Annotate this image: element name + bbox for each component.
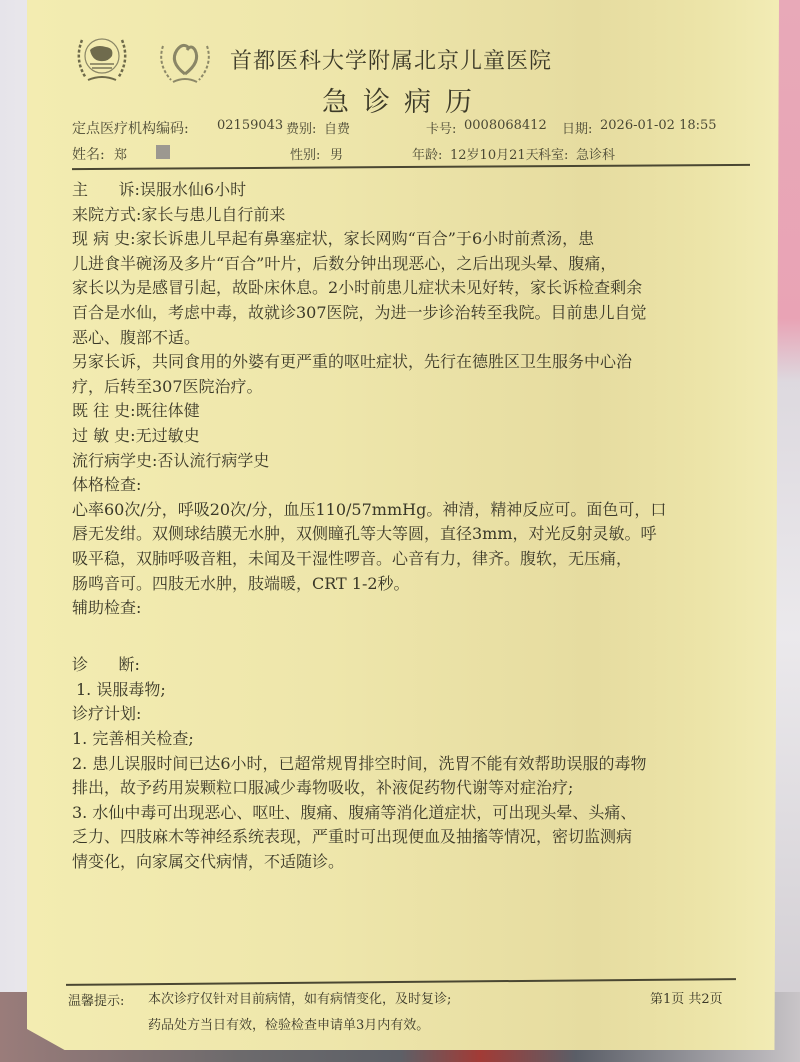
past-history-value: 既往体健 xyxy=(136,401,200,420)
gender-label: 性别: xyxy=(290,144,320,163)
physical-exam-line: 心率60次/分，呼吸20次/分，血压110/57mmHg。神清，精神反应可。面色… xyxy=(72,498,762,523)
department: 急诊科 xyxy=(576,144,615,163)
physical-exam-line: 唇无发绀。双侧球结膜无水肿，双侧瞳孔等大等圆，直径3mm，对光反射灵敏。呼 xyxy=(72,522,762,547)
visit-date: 2026-01-02 18:55 xyxy=(600,118,717,133)
hpi-line: 疗，后转至307医院治疗。 xyxy=(72,375,762,400)
arrival-mode-value: 家长与患儿自行前来 xyxy=(141,205,285,224)
allergy-value: 无过敏史 xyxy=(136,426,200,445)
tip-label: 温馨提示: xyxy=(68,990,124,1009)
plan-line: 1. 完善相关检查; xyxy=(72,727,762,752)
chief-complaint-value: 误服水仙6小时 xyxy=(140,180,246,199)
plan-line: 情变化，向家属交代病情，不适随诊。 xyxy=(72,850,762,875)
gender: 男 xyxy=(330,144,343,163)
allergy-label: 过 敏 史: xyxy=(72,426,136,445)
name-redaction xyxy=(156,144,170,159)
hospital-name: 首都医科大学附属北京儿童医院 xyxy=(230,44,552,75)
fee-type: 自费 xyxy=(324,118,350,137)
chief-complaint: 主 诉:误服水仙6小时 xyxy=(72,178,762,203)
hpi-line: 另家长诉，共同食用的外婆有更严重的呕吐症状，先行在德胜区卫生服务中心治 xyxy=(72,350,762,375)
institution-code-label: 定点医疗机构编码: xyxy=(72,118,189,138)
card-no: 0008068412 xyxy=(464,118,547,133)
hpi-line: 百合是水仙，考虑中毒，故就诊307医院，为进一步诊治转至我院。目前患儿自觉 xyxy=(72,301,762,326)
document-title: 急诊病历 xyxy=(322,80,486,119)
epidemiology-label: 流行病学史: xyxy=(72,451,157,470)
page-number: 第1页 共2页 xyxy=(650,988,723,1007)
plan-label: 诊疗计划: xyxy=(72,702,762,727)
aux-exam-label: 辅助检查: xyxy=(72,596,762,621)
tip-line-1: 本次诊疗仅针对目前病情，如有病情变化，及时复诊; xyxy=(148,988,451,1007)
hpi-line: 现 病 史:家长诉患儿早起有鼻塞症状，家长网购“百合”于6小时前煮汤，患 xyxy=(72,227,762,252)
chief-complaint-label: 主 诉: xyxy=(72,180,140,199)
institution-code: 02159043 xyxy=(217,118,283,133)
arrival-mode: 来院方式:家长与患儿自行前来 xyxy=(72,203,762,228)
plan-line: 2. 患儿误服时间已达6小时，已超常规胃排空时间，洗胃不能有效帮助误服的毒物 xyxy=(72,752,762,777)
blank-space xyxy=(72,621,762,646)
past-history: 既 往 史:既往体健 xyxy=(72,399,762,424)
epidemiology-value: 否认流行病学史 xyxy=(157,451,269,470)
past-history-label: 既 往 史: xyxy=(72,401,136,420)
hpi-line: 家长以为是感冒引起，故卧床休息。2小时前患儿症状未见好转，家长诉检查剩余 xyxy=(72,276,762,301)
arrival-mode-label: 来院方式: xyxy=(72,205,141,224)
epidemiology-history: 流行病学史:否认流行病学史 xyxy=(72,449,762,474)
name-label: 姓名: xyxy=(72,144,105,164)
hospital-emblem-globe-icon xyxy=(72,30,132,86)
allergy-history: 过 敏 史:无过敏史 xyxy=(72,424,762,449)
physical-exam-label: 体格检查: xyxy=(72,473,762,498)
record-body: 主 诉:误服水仙6小时 来院方式:家长与患儿自行前来 现 病 史:家长诉患儿早起… xyxy=(72,178,762,875)
tip-line-2: 药品处方当日有效，检验检查申请单3月内有效。 xyxy=(148,1014,429,1033)
dept-label: 科室: xyxy=(538,144,568,163)
patient-name: 郑 xyxy=(114,144,127,163)
physical-exam-line: 肠鸣音可。四肢无水肿，肢端暖，CRT 1-2秒。 xyxy=(72,572,762,597)
hpi-line: 恶心、腹部不适。 xyxy=(72,326,762,351)
meta-row-2: 姓名: 郑 性别: 男 年龄: 12岁10月21天 科室: 急诊科 xyxy=(72,144,772,164)
card-no-label: 卡号: xyxy=(426,118,456,137)
plan-line: 排出，故予药用炭颗粒口服减少毒物吸收，补液促药物代谢等对症治疗; xyxy=(72,776,762,801)
plan-line: 3. 水仙中毒可出现恶心、呕吐、腹痛、腹痛等消化道症状，可出现头晕、头痛、 xyxy=(72,801,762,826)
hpi-text: 家长诉患儿早起有鼻塞症状，家长网购“百合”于6小时前煮汤，患 xyxy=(136,229,595,248)
hospital-emblem-heart-icon xyxy=(155,32,215,88)
diagnosis-label: 诊 断: xyxy=(72,653,762,678)
physical-exam-line: 吸平稳，双肺呼吸音粗，未闻及干湿性啰音。心音有力，律齐。腹软，无压痛， xyxy=(72,547,762,572)
fee-type-label: 费别: xyxy=(286,118,316,137)
date-label: 日期: xyxy=(562,118,592,137)
hpi-label: 现 病 史: xyxy=(72,229,136,248)
age: 12岁10月21天 xyxy=(450,144,539,163)
age-label: 年龄: xyxy=(412,144,442,163)
meta-row-1: 定点医疗机构编码: 02159043 费别: 自费 卡号: 0008068412… xyxy=(72,118,772,138)
plan-line: 乏力、四肢麻木等神经系统表现，严重时可出现便血及抽搐等情况，密切监测病 xyxy=(72,825,762,850)
diagnosis-item: 1. 误服毒物; xyxy=(72,678,762,703)
hpi-line: 儿进食半碗汤及多片“百合”叶片，后数分钟出现恶心，之后出现头晕、腹痛， xyxy=(72,252,762,277)
